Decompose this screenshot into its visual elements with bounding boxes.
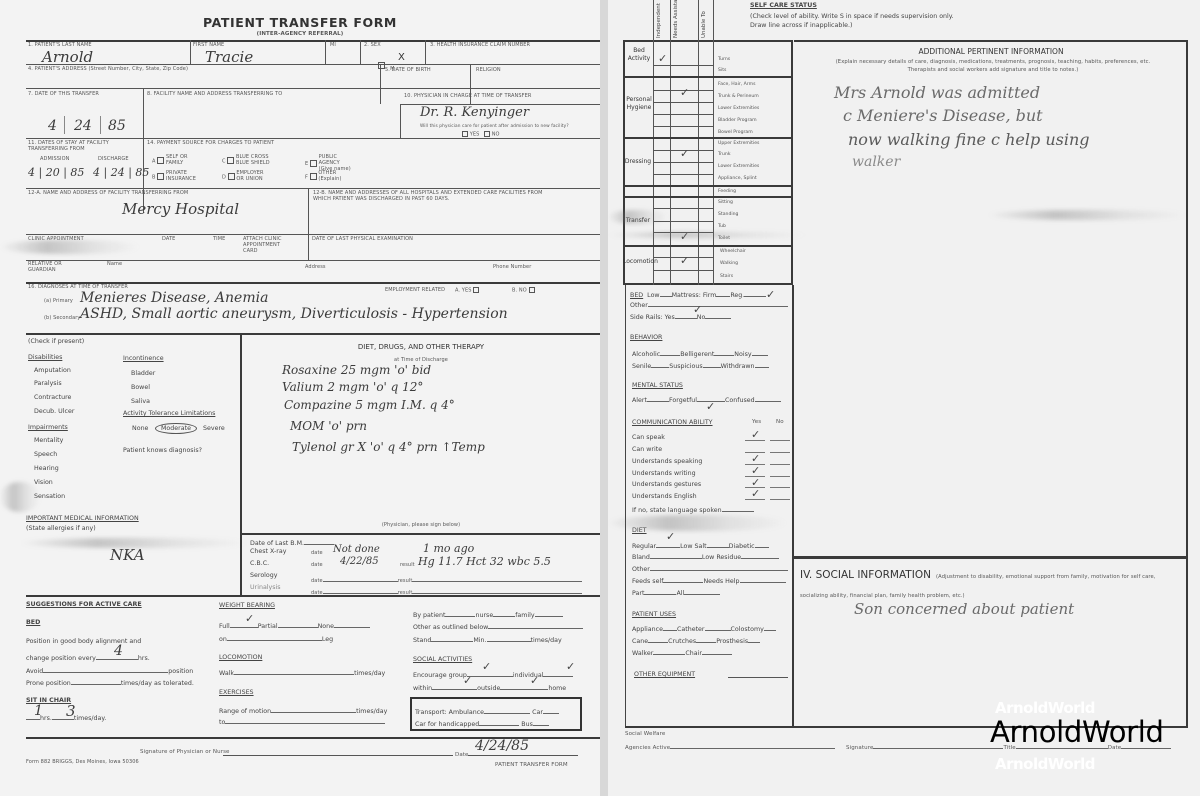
communication-title: COMMUNICATION ABILITY bbox=[632, 419, 713, 426]
transfer-form-page-1: PATIENT TRANSFER FORM (INTER-AGENCY REFE… bbox=[0, 0, 600, 796]
diet-other-row[interactable]: Other bbox=[632, 564, 788, 573]
self-care-title: SELF CARE STATUS bbox=[750, 2, 817, 9]
weight-bearing-row: FullPartialNone bbox=[219, 621, 370, 630]
allergies-label: (State allergies if any) bbox=[26, 525, 96, 532]
self-care-instructions: (Check level of ability. Write S in spac… bbox=[750, 13, 970, 31]
check-walking[interactable]: ✓ bbox=[680, 254, 689, 267]
comm-no-header: No bbox=[776, 419, 784, 425]
payment-option-f[interactable]: F OTHER (Explain) bbox=[305, 171, 344, 183]
diet-row-1[interactable]: RegularLow SaltDiabetic bbox=[632, 541, 769, 550]
outside-check[interactable]: ✓ bbox=[530, 674, 539, 687]
physician-question: Will this physician care for patient aft… bbox=[420, 125, 569, 130]
impairment-hearing[interactable]: Hearing bbox=[34, 465, 59, 472]
col-independent: Independent bbox=[656, 2, 662, 38]
disability-amputation[interactable]: Amputation bbox=[34, 367, 71, 374]
lab-date-label-2: date bbox=[311, 563, 323, 569]
lab-cbc-date[interactable]: 4/22/85 bbox=[340, 556, 379, 567]
last-bm-label: Date of Last B.M. bbox=[250, 538, 334, 547]
comm-yes-header: Yes bbox=[752, 419, 761, 425]
walk-row[interactable]: Walktimes/day bbox=[219, 668, 385, 677]
payment-option-c[interactable]: C BLUE CROSS BLUE SHIELD bbox=[222, 155, 270, 167]
full-weight-check[interactable]: ✓ bbox=[245, 612, 254, 625]
can-speak-yes-check[interactable]: ✓ bbox=[751, 428, 760, 441]
activity-severe[interactable]: Severe bbox=[203, 425, 225, 432]
diagnosis-secondary-label: (b) Secondary bbox=[44, 316, 80, 322]
row-sits: Sits bbox=[718, 68, 726, 73]
sit-chair-title: SIT IN CHAIR bbox=[26, 697, 71, 704]
row-bladder-program: Bladder Program bbox=[718, 118, 757, 123]
therapy-line-2[interactable]: Valium 2 mgm 'o' q 12° bbox=[282, 380, 423, 394]
diagnosis-primary-label: (a) Primary bbox=[44, 299, 73, 305]
transfer-date-label: 7. DATE OF THIS TRANSFER bbox=[28, 92, 99, 98]
comm-can-write: Can write bbox=[632, 446, 662, 453]
group-check[interactable]: ✓ bbox=[482, 660, 491, 673]
within-row[interactable]: withinoutsidehome bbox=[413, 683, 566, 692]
additional-note-4[interactable]: walker bbox=[852, 154, 900, 170]
sit-times-value[interactable]: 3 bbox=[66, 702, 76, 720]
religion-label: RELIGION bbox=[476, 68, 501, 74]
diagnosis-secondary-value[interactable]: ASHD, Small aortic aneurysm, Diverticulo… bbox=[80, 306, 508, 322]
bed-position-label: Position in good body alignment and bbox=[26, 638, 141, 645]
dob-label: 5. DATE OF BIRTH bbox=[385, 68, 431, 74]
last-exam-label: DATE OF LAST PHYSICAL EXAMINATION bbox=[312, 237, 413, 243]
range-of-motion-row[interactable]: Range of motiontimes/day bbox=[219, 706, 387, 715]
payment-option-d[interactable]: D EMPLOYER OR UNION bbox=[222, 171, 266, 183]
behavior-row-1[interactable]: AlcoholicBelligerentNoisy bbox=[632, 349, 768, 358]
activity-none[interactable]: None bbox=[132, 425, 148, 432]
transport-row[interactable]: Transport: Ambulance Car bbox=[415, 707, 559, 716]
behavior-title: BEHAVIOR bbox=[630, 334, 662, 341]
payment-option-a[interactable]: A SELF OR FAMILY bbox=[152, 155, 194, 167]
knows-diagnosis-label: Patient knows diagnosis? bbox=[123, 447, 202, 454]
transfer-year[interactable]: 85 bbox=[108, 118, 126, 134]
encourage-row[interactable]: Encourage groupindividual bbox=[413, 670, 573, 679]
change-position-value[interactable]: 4 bbox=[114, 643, 123, 659]
disability-paralysis[interactable]: Paralysis bbox=[34, 380, 62, 387]
social-info-panel bbox=[794, 557, 1188, 727]
transfer-day[interactable]: 24 bbox=[74, 118, 92, 134]
individual-check[interactable]: ✓ bbox=[566, 660, 575, 673]
footer-title: PATIENT TRANSFER FORM bbox=[495, 762, 568, 768]
part-all-row[interactable]: PartAll bbox=[632, 588, 720, 597]
additional-note-3[interactable]: now walking fine c help using bbox=[848, 130, 1090, 149]
activity-title: Activity Tolerance Limitations bbox=[123, 410, 215, 417]
handicapped-row[interactable]: Car for handicapped Bus bbox=[415, 719, 549, 728]
lab-chest-xray-date[interactable]: Not done bbox=[333, 544, 380, 555]
clinic-time-label: TIME bbox=[213, 237, 225, 243]
forgetful-check[interactable]: ✓ bbox=[706, 400, 715, 413]
impairment-mentality[interactable]: Mentality bbox=[34, 437, 63, 444]
lab-cbc-result[interactable]: Hg 11.7 Hct 32 wbc 5.5 bbox=[418, 555, 551, 568]
row-bowel-program: Bowel Program bbox=[718, 130, 753, 135]
uses-row-2[interactable]: CaneCrutchesProsthesis bbox=[632, 636, 760, 645]
row-turns: Turns bbox=[718, 57, 730, 62]
check-trunk-perineum[interactable]: ✓ bbox=[680, 86, 689, 99]
side-rails-row[interactable]: Side Rails: YesNo bbox=[630, 312, 731, 321]
feeds-self-row[interactable]: Feeds selfNeeds Help bbox=[632, 576, 786, 585]
lab-result-label-2: result bbox=[400, 563, 415, 569]
incontinence-title: Incontinence bbox=[123, 355, 164, 362]
comm-understands-speaking: Understands speaking bbox=[632, 458, 702, 465]
additional-info-instructions: (Explain necessary details of care, diag… bbox=[828, 59, 1158, 75]
impairment-vision[interactable]: Vision bbox=[34, 479, 53, 486]
additional-note-1[interactable]: Mrs Arnold was admitted bbox=[834, 83, 1040, 102]
by-patient-row[interactable]: By patientnursefamily bbox=[413, 610, 563, 619]
behavior-row-2[interactable]: SenileSuspiciousWithdrawn bbox=[632, 361, 769, 370]
exercise-to-row[interactable]: to bbox=[219, 717, 385, 726]
row-stairs: Stairs bbox=[720, 274, 733, 279]
row-face-hair-arms: Face, Hair, Arms bbox=[718, 82, 755, 87]
activity-moderate[interactable]: Moderate bbox=[155, 423, 197, 434]
weight-bearing-title: WEIGHT BEARING bbox=[219, 602, 275, 609]
bed-row: BED LowMattress: FirmReg. bbox=[630, 290, 766, 299]
form-subtitle: (INTER-AGENCY REFERRAL) bbox=[0, 31, 600, 37]
bed-reg-check[interactable]: ✓ bbox=[766, 288, 775, 301]
relative-label: RELATIVE OR GUARDIAN bbox=[28, 262, 62, 274]
row-appliance-splint: Appliance, Splint bbox=[718, 176, 757, 181]
lab-date-label-3: dateresult bbox=[311, 575, 582, 585]
row-dressing-lower-extremities: Lower Extremities bbox=[718, 164, 759, 169]
additional-note-2[interactable]: c Meniere's Disease, but bbox=[843, 106, 1043, 125]
row-walking: Walking bbox=[720, 261, 738, 266]
lab-chest-xray-result[interactable]: 1 mo ago bbox=[423, 542, 474, 555]
mental-status-title: MENTAL STATUS bbox=[632, 382, 683, 389]
exercises-title: EXERCISES bbox=[219, 689, 254, 696]
facility-from-value[interactable]: Mercy Hospital bbox=[122, 200, 239, 218]
admission-label: ADMISSION bbox=[40, 157, 69, 163]
col-needs-assistance: Needs Assistance bbox=[673, 2, 679, 38]
row-tub: Tub bbox=[718, 224, 726, 229]
signature-date-label: Date bbox=[455, 752, 469, 758]
signature-date-value[interactable]: 4/24/85 bbox=[475, 738, 529, 754]
agencies-row[interactable]: Agencies Active bbox=[625, 742, 835, 751]
within-check[interactable]: ✓ bbox=[463, 674, 472, 687]
facility-from-label: 12-A. NAME AND ADDRESS OF FACILITY TRANS… bbox=[28, 191, 188, 197]
insurance-label: 3. HEALTH INSURANCE CLAIM NUMBER bbox=[430, 43, 530, 49]
sit-hrs-value[interactable]: 1 bbox=[34, 703, 43, 719]
address-label: 4. PATIENT'S ADDRESS (Street Number, Cit… bbox=[28, 67, 188, 73]
therapy-line-4[interactable]: MOM 'o' prn bbox=[290, 419, 367, 433]
discharge-date[interactable]: 4 | 24 | 85 bbox=[93, 166, 149, 179]
employment-label: EMPLOYMENT RELATED bbox=[385, 288, 445, 294]
lab-row-chest-xray: Chest X-ray bbox=[250, 548, 286, 555]
group-dressing: Dressing bbox=[623, 158, 653, 166]
diagnosis-primary-value[interactable]: Menieres Disease, Anemia bbox=[80, 290, 268, 306]
discharge-label: DISCHARGE bbox=[98, 157, 129, 163]
row-trunk: Trunk bbox=[718, 152, 731, 157]
therapy-line-5[interactable]: Tylenol gr X 'o' q 4° prn ↑Temp bbox=[292, 440, 485, 454]
admission-date[interactable]: 4 | 20 | 85 bbox=[28, 166, 84, 179]
incontinence-saliva[interactable]: Saliva bbox=[131, 398, 150, 405]
lab-date-label-1: date bbox=[311, 551, 323, 557]
check-trunk[interactable]: ✓ bbox=[680, 147, 689, 160]
form-id: Form 882 BRIGGS, Des Moines, Iowa 50306 bbox=[26, 760, 139, 766]
disability-decub-ulcer[interactable]: Decub. Ulcer bbox=[34, 408, 74, 415]
locomotion-title: LOCOMOTION bbox=[219, 654, 262, 661]
disability-contracture[interactable]: Contracture bbox=[34, 394, 71, 401]
disabilities-title: Disabilities bbox=[28, 354, 62, 361]
signature-label: Signature of Physician or Nurse bbox=[140, 749, 230, 755]
comm-understands-writing: Understands writing bbox=[632, 470, 696, 477]
therapy-title: DIET, DRUGS, AND OTHER THERAPY bbox=[242, 343, 600, 351]
language-row[interactable]: If no, state language spoken bbox=[632, 505, 754, 514]
diet-row-2[interactable]: BlandLow Residue bbox=[632, 552, 779, 561]
therapy-line-1[interactable]: Rosaxine 25 mgm 'o' bid bbox=[282, 363, 431, 377]
watermark-bottom: ArnoldWorld bbox=[995, 755, 1095, 773]
side-rails-yes-check[interactable]: ✓ bbox=[693, 303, 702, 316]
allergies-value[interactable]: NKA bbox=[110, 546, 145, 564]
patient-uses-title: PATIENT USES bbox=[632, 611, 676, 618]
impairment-speech[interactable]: Speech bbox=[34, 451, 57, 458]
incontinence-bowel[interactable]: Bowel bbox=[131, 384, 150, 391]
watermark-main: ArnoldWorld bbox=[990, 715, 1164, 749]
check-if-present-label: (Check if present) bbox=[28, 338, 84, 345]
group-personal-hygiene: Personal Hygiene bbox=[625, 96, 653, 112]
check-turns[interactable]: ✓ bbox=[658, 52, 667, 65]
bed-title: BED bbox=[26, 619, 40, 626]
therapy-line-3[interactable]: Compazine 5 mgm I.M. q 4° bbox=[284, 398, 455, 412]
comm-understands-gestures: Understands gestures bbox=[632, 481, 701, 488]
row-trunk-perineum: Trunk & Perineum bbox=[718, 94, 759, 99]
diet-regular-check[interactable]: ✓ bbox=[666, 530, 675, 543]
transfer-form-page-2: Independent Needs Assistance Unable To S… bbox=[608, 0, 1200, 796]
col-unable: Unable To bbox=[701, 2, 707, 38]
lab-row-serology: Serology bbox=[250, 572, 278, 579]
bed-other-row[interactable]: Other bbox=[630, 300, 788, 309]
clinic-date-label: DATE bbox=[162, 237, 175, 243]
group-locomotion: Locomotion bbox=[623, 258, 653, 266]
important-info-title: IMPORTANT MEDICAL INFORMATION bbox=[26, 515, 139, 522]
relative-address-label: Address bbox=[305, 265, 326, 271]
physician-signature[interactable]: Dr. R. Kenyinger bbox=[420, 105, 529, 120]
employment-no[interactable]: B. NO bbox=[512, 287, 535, 294]
avoid-row[interactable]: Avoidposition bbox=[26, 666, 193, 675]
row-feeding: Feeding bbox=[718, 189, 736, 194]
transfer-month[interactable]: 4 bbox=[48, 118, 57, 134]
stay-label: 11. DATES OF STAY AT FACILITY TRANSFERRI… bbox=[28, 141, 138, 153]
lab-row-cbc: C.B.C. bbox=[250, 560, 269, 567]
other-equipment-title: OTHER EQUIPMENT bbox=[634, 671, 695, 678]
sex-label: 2. SEX bbox=[364, 43, 381, 49]
therapy-sign-note: (Physician, please sign below) bbox=[242, 523, 600, 529]
physician-label: 10. PHYSICIAN IN CHARGE AT TIME OF TRANS… bbox=[404, 94, 531, 100]
impairments-title: Impairments bbox=[28, 424, 68, 431]
incontinence-bladder[interactable]: Bladder bbox=[131, 370, 155, 377]
page-gutter bbox=[600, 0, 608, 796]
uses-row-3[interactable]: WalkerChair bbox=[632, 648, 732, 657]
comm-understands-english: Understands English bbox=[632, 493, 697, 500]
sex-f-checkbox[interactable]: X bbox=[398, 52, 405, 63]
row-lower-extremities: Lower Extremities bbox=[718, 106, 759, 111]
prone-row[interactable]: Prone positiontimes/day as tolerated. bbox=[26, 678, 194, 687]
change-position-row: change position everyhrs. bbox=[26, 653, 150, 662]
on-leg-row[interactable]: onLeg bbox=[219, 634, 333, 643]
row-upper-extremities: Upper Extremities bbox=[718, 141, 759, 146]
social-activities-title: SOCIAL ACTIVITIES bbox=[413, 656, 472, 663]
other-outlined-row[interactable]: Other as outlined below bbox=[413, 622, 583, 631]
group-bed-activity: Bed Activity bbox=[625, 47, 653, 63]
understands-english-yes-check[interactable]: ✓ bbox=[751, 487, 760, 500]
relative-phone-label: Phone Number bbox=[493, 265, 531, 271]
employment-yes[interactable]: A. YES bbox=[455, 287, 479, 294]
row-wheelchair: Wheelchair bbox=[720, 249, 746, 254]
lab-row-urinalysis: Urinalysis bbox=[250, 584, 281, 591]
active-care-title: SUGGESTIONS FOR ACTIVE CARE bbox=[26, 601, 142, 608]
relative-name-label: Name bbox=[107, 262, 122, 268]
hospitals-label: 12-B. NAME AND ADDRESSES OF ALL HOSPITAL… bbox=[313, 191, 543, 203]
stand-row[interactable]: StandMin.times/day bbox=[413, 635, 562, 644]
uses-row-1[interactable]: ApplianceCatheterColostomy bbox=[632, 624, 776, 633]
payment-label: 14. PAYMENT SOURCE FOR CHARGES TO PATIEN… bbox=[147, 141, 274, 147]
row-sitting: Sitting bbox=[718, 200, 733, 205]
additional-info-title: ADDITIONAL PERTINENT INFORMATION bbox=[794, 47, 1188, 56]
clinic-card-label: ATTACH CLINIC APPOINTMENT CARD bbox=[243, 237, 285, 254]
payment-option-b[interactable]: B PRIVATE INSURANCE bbox=[152, 171, 198, 183]
row-standing: Standing bbox=[718, 212, 738, 217]
comm-can-speak: Can speak bbox=[632, 434, 665, 441]
mi-label: MI bbox=[330, 43, 336, 49]
social-welfare-label: Social Welfare bbox=[625, 731, 665, 737]
form-title: PATIENT TRANSFER FORM bbox=[0, 15, 600, 30]
facility-to-label: 8. FACILITY NAME AND ADDRESS TRANSFERRIN… bbox=[147, 92, 282, 98]
